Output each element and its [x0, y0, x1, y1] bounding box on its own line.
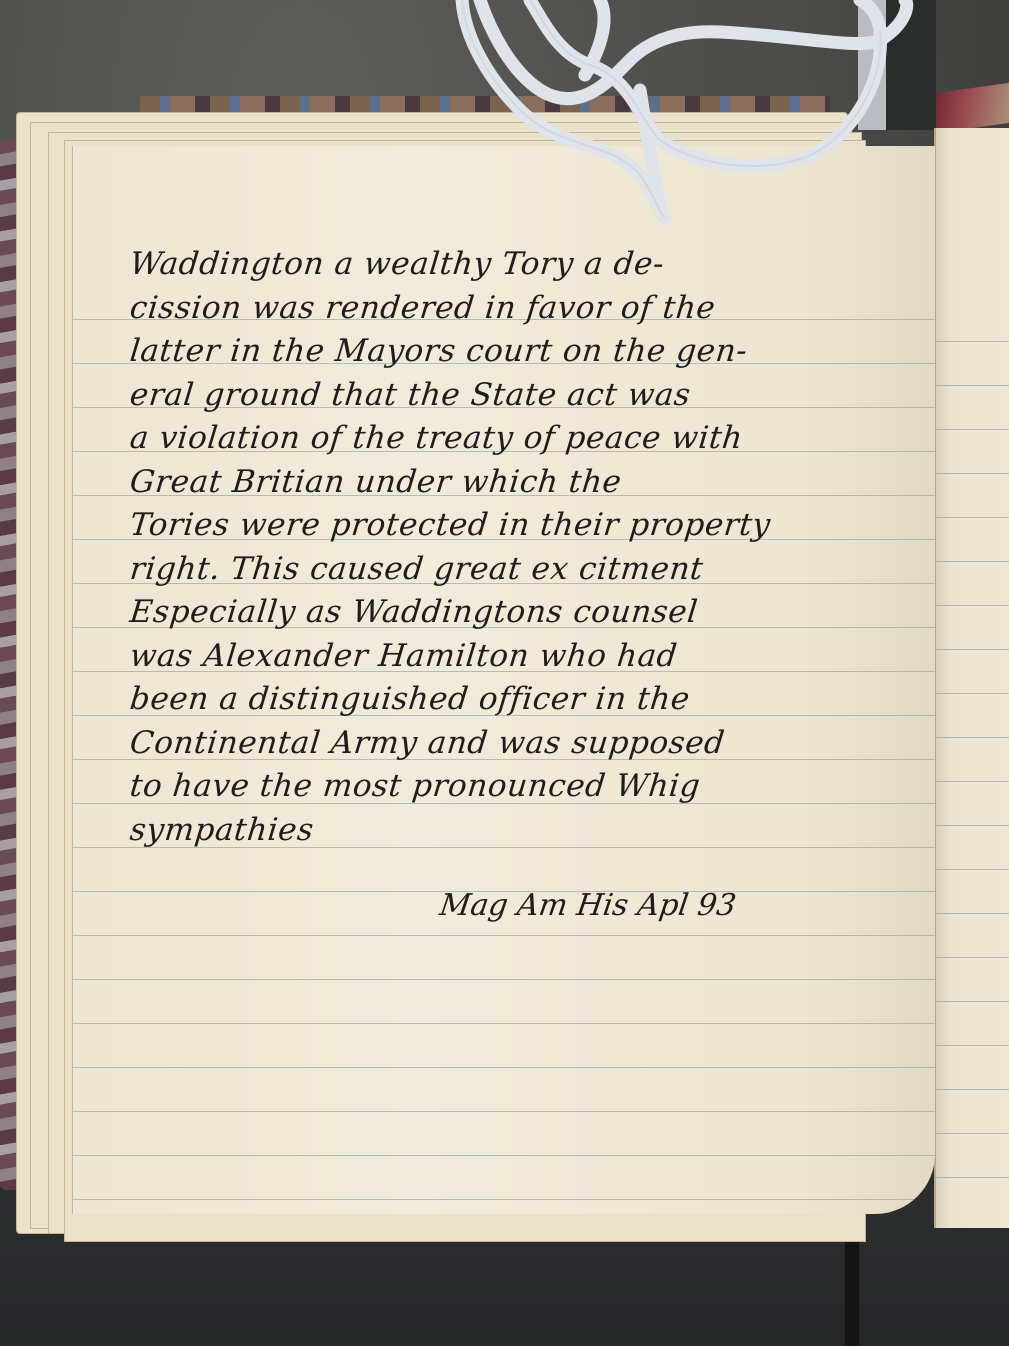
text-line: been a distinguished officer in the: [128, 678, 933, 722]
handwritten-text: Waddington a wealthy Tory a de- cission …: [130, 243, 930, 852]
text-line: cission was rendered in favor of the: [128, 287, 933, 331]
text-line: sympathies: [128, 809, 933, 853]
table-slot-shadow: [845, 1225, 859, 1346]
text-line: Especially as Waddingtons counsel: [128, 591, 933, 635]
text-line: Great Britian under which the: [128, 461, 933, 505]
text-line: latter in the Mayors court on the gen-: [128, 330, 933, 374]
text-line: Waddington a wealthy Tory a de-: [128, 243, 933, 287]
text-line: was Alexander Hamilton who had: [128, 635, 933, 679]
text-line: Continental Army and was supposed: [128, 722, 933, 766]
facing-page-rules: [936, 298, 1009, 1198]
bookmark-cord-icon: [450, 0, 970, 240]
text-line: Tories were protected in their property: [128, 504, 933, 548]
text-line: eral ground that the State act was: [128, 374, 933, 418]
text-line: right. This caused great ex citment: [128, 548, 933, 592]
facing-page: [934, 128, 1009, 1228]
text-line: to have the most pronounced Whig: [128, 765, 933, 809]
source-citation: Mag Am His Apl 93: [438, 888, 739, 923]
text-line: a violation of the treaty of peace with: [128, 417, 933, 461]
